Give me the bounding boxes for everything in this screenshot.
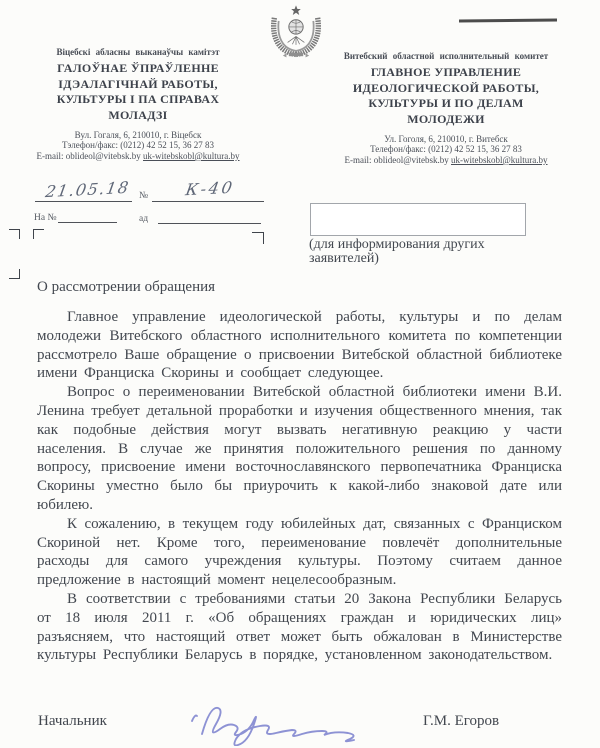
email-line-by: E-mail: oblideol@vitebsk.by uk-witebskob… <box>16 151 260 161</box>
body-paragraph: Главное управление идеологической работы… <box>37 308 562 383</box>
top-right-rule <box>459 18 557 22</box>
handwritten-date: 21.05.18 <box>44 178 131 201</box>
corner-mark <box>33 229 44 239</box>
from-date-rule <box>158 223 261 224</box>
phone-line-by: Тэлефон/факс: (0212) 42 52 15, 36 27 83 <box>16 140 260 150</box>
corner-mark <box>9 229 20 239</box>
handwritten-number: К-40 <box>184 178 236 199</box>
email-link-by: uk-witebskobl@kultura.by <box>143 151 240 161</box>
belarus-coat-of-arms-icon <box>266 3 326 58</box>
phone-line-ru: Телефон/факс: (0212) 42 52 15, 36 27 83 <box>320 144 572 154</box>
number-rule <box>152 201 264 202</box>
number-sign: № <box>139 191 148 201</box>
corner-mark <box>9 269 20 279</box>
signer-title: Начальник <box>38 713 107 730</box>
address-line-by: Вул. Гогаля, 6, 210010, г. Віцебск <box>16 130 260 140</box>
contact-block-by: Вул. Гогаля, 6, 210010, г. Віцебск Тэлеф… <box>16 130 260 161</box>
letter-body: Главное управление идеологической работы… <box>37 308 562 706</box>
letterhead-belarusian: Віцебскі абласны выканаўчы камітэт ГАЛОЎ… <box>16 47 260 161</box>
contact-block-ru: Ул. Гоголя, 6, 210010, г. Витебск Телефо… <box>320 134 572 165</box>
signer-name: Г.М. Егоров <box>423 713 499 730</box>
body-paragraph: Вопрос о переименовании Витебской област… <box>37 383 562 515</box>
email-line-ru: E-mail: oblideol@vitebsk.by uk-witebskob… <box>320 155 572 165</box>
body-paragraph: В соответствии с требованиями статьи 20 … <box>37 590 562 665</box>
committee-line-by: Віцебскі абласны выканаўчы камітэт <box>16 47 260 57</box>
corner-mark <box>252 232 264 244</box>
handwritten-signature <box>180 694 390 746</box>
org-name-by: ГАЛОЎНАЕ ЎПРАЎЛЕННЕ ІДЭАЛАГІЧНАЙ РАБОТЫ,… <box>16 61 260 123</box>
address-line-ru: Ул. Гоголя, 6, 210010, г. Витебск <box>320 134 572 144</box>
email-link-ru: uk-witebskobl@kultura.by <box>451 155 548 165</box>
body-paragraph: К сожалению, в текущем году юбилейных да… <box>37 515 562 590</box>
from-date-label: ад <box>139 214 148 224</box>
addressee-note: (для информирования других заявителей) <box>309 238 505 266</box>
letterhead-russian: Витебский областной исполнительный комит… <box>320 51 572 165</box>
scanned-letter-page: Віцебскі абласны выканаўчы камітэт ГАЛОЎ… <box>0 0 600 748</box>
reply-to-rule <box>58 222 117 223</box>
org-name-ru: ГЛАВНОЕ УПРАВЛЕНИЕ ИДЕОЛОГИЧЕСКОЙ РАБОТЫ… <box>320 65 572 127</box>
subject-line: О рассмотрении обращения <box>37 279 215 296</box>
reply-to-label: На № <box>34 213 57 223</box>
redacted-addressee-box <box>310 203 526 236</box>
date-rule <box>35 201 132 202</box>
committee-line-ru: Витебский областной исполнительный комит… <box>320 51 572 61</box>
